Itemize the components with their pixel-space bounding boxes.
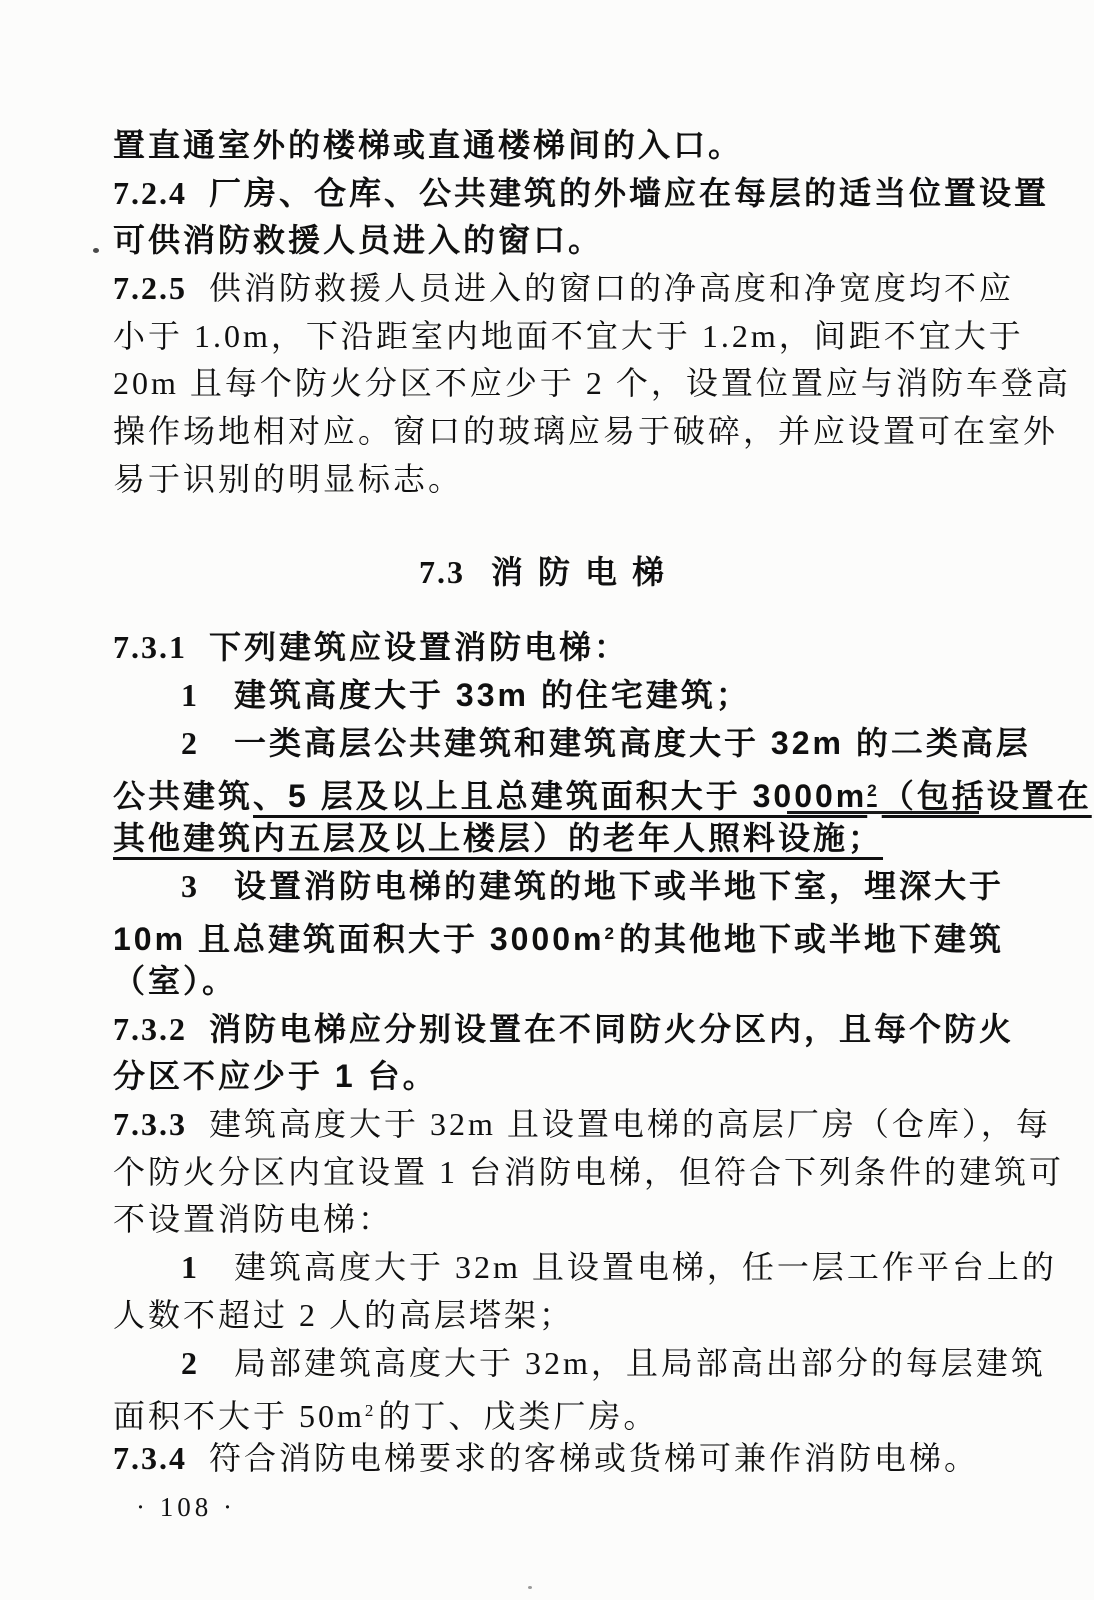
clause-7.3.1-item-3-line-1: 3设置消防电梯的建筑的地下或半地下室，埋深大于 [113,863,985,911]
text-segment: 面积不大于 50m [113,1398,365,1434]
clause-7.3.3-line-3: 不设置消防电梯： [113,1196,985,1244]
text-segment: 设置消防电梯的建筑的地下或半地下室，埋深大于 [234,868,1004,904]
amendment-underlined-text: 、5 层及以上且总建筑面积大于 3000m [253,778,867,814]
clause-number: 7.3.1 [113,629,187,665]
clause-number: 7.3.3 [113,1106,187,1142]
clause-7.3.3-line-1: 7.3.3建筑高度大于 32m 且设置电梯的高层厂房（仓库），每 [113,1101,985,1149]
text-segment: 建筑高度大于 32m 且设置电梯，任一层工作平台上的 [234,1249,1057,1285]
superscript: 2 [604,924,613,943]
clause-7.3.3-item-2-line-1: 2局部建筑高度大于 32m，且局部高出部分的每层建筑 [113,1340,985,1388]
text-segment: 的其他地下或半地下建筑 [619,921,1004,957]
text-segment: 局部建筑高度大于 32m，且局部高出部分的每层建筑 [234,1345,1046,1381]
amendment-underlined-text: （包括设置在 [882,778,1092,814]
text-segment: 个防火分区内宜设置 1 台消防电梯，但符合下列条件的建筑可 [113,1154,1064,1190]
clause-number: 7.2.5 [113,270,187,306]
clause-7.2.5-line-4: 操作场地相对应。窗口的玻璃应易于破碎，并应设置可在室外 [113,408,985,456]
clause-7.3.1-item-1: 1建筑高度大于 33m 的住宅建筑； [113,672,985,720]
clause-number: 7.3.2 [113,1011,187,1047]
text-segment: 不设置消防电梯： [113,1201,393,1237]
text-segment: 消防电梯应分别设置在不同防火分区内，且每个防火 [209,1011,1014,1047]
document-page: 置直通室外的楼梯或直通楼梯间的入口。7.2.4厂房、仓库、公共建筑的外墙应在每层… [0,0,1094,1600]
text-segment: 厂房、仓库、公共建筑的外墙应在每层的适当位置设置 [209,175,1049,211]
clause-7.3.1-item-2-line-2: 公共建筑、5 层及以上且总建筑面积大于 3000m2（包括设置在 [113,767,985,815]
clause-7.2.3-continuation: 置直通室外的楼梯或直通楼梯间的入口。 [113,122,985,170]
text-segment: 10m 且总建筑面积大于 3000m [113,921,604,957]
text-segment: （室）。 [113,963,237,999]
section-number: 7.3 [419,554,465,590]
amendment-underlined-text: 其他建筑内五层及以上楼层）的老年人照料设施； [113,820,883,856]
item-number: 3 [181,868,200,904]
clause-number: 7.3.4 [113,1440,187,1476]
text-segment: 的丁、戊类厂房。 [378,1398,658,1434]
section-heading-7.3: 7.3消防电梯 [113,549,985,597]
clause-7.3.1-item-2-line-3: 其他建筑内五层及以上楼层）的老年人照料设施； [113,815,985,863]
text-segment: 可供消防救援人员进入的窗口。 [113,222,603,258]
superscript: 2 [867,781,876,800]
text-segment: 20m 且每个防火分区不应少于 2 个，设置位置应与消防车登高 [113,365,1071,401]
text-segment: 供消防救援人员进入的窗口的净高度和净宽度均不应 [209,270,1014,306]
text-segment: 操作场地相对应。窗口的玻璃应易于破碎，并应设置可在室外 [113,413,1058,449]
clause-7.3.1-item-3-line-3: （室）。 [113,958,985,1006]
text-segment: 易于识别的明显标志。 [113,461,463,497]
section-title: 消防电梯 [491,554,679,590]
text-segment: 人数不超过 2 人的高层塔架； [113,1297,574,1333]
item-number: 2 [181,1345,200,1381]
text-segment: 公共建筑 [113,778,253,814]
scan-artifact-dot [93,248,99,253]
scan-artifact-dot [528,1586,532,1589]
text-segment: 建筑高度大于 33m 的住宅建筑； [234,677,751,713]
item-number: 2 [181,725,200,761]
text-segment: 符合消防电梯要求的客梯或货梯可兼作消防电梯。 [209,1440,979,1476]
text-segment: 分区不应少于 1 台。 [113,1058,438,1094]
clause-7.3.3-item-1-line-1: 1建筑高度大于 32m 且设置电梯，任一层工作平台上的 [113,1244,985,1292]
clause-7.3.1-line-1: 7.3.1下列建筑应设置消防电梯： [113,624,985,672]
text-segment: 下列建筑应设置消防电梯： [209,629,629,665]
clause-7.2.5-line-3: 20m 且每个防火分区不应少于 2 个，设置位置应与消防车登高 [113,360,985,408]
clause-7.3.3-line-2: 个防火分区内宜设置 1 台消防电梯，但符合下列条件的建筑可 [113,1149,985,1197]
text-segment: 小于 1.0m，下沿距室内地面不宜大于 1.2m，间距不宜大于 [113,318,1024,354]
text-segment: 一类高层公共建筑和建筑高度大于 32m 的二类高层 [234,725,1031,761]
item-number: 1 [181,677,200,713]
clause-7.3.1-item-2-line-1: 2一类高层公共建筑和建筑高度大于 32m 的二类高层 [113,720,985,768]
text-block: 置直通室外的楼梯或直通楼梯间的入口。7.2.4厂房、仓库、公共建筑的外墙应在每层… [113,122,985,1483]
scan-artifact-underline-echo [787,811,979,814]
page-number: · 108 · [136,1492,236,1523]
clause-7.2.5-line-2: 小于 1.0m，下沿距室内地面不宜大于 1.2m，间距不宜大于 [113,313,985,361]
clause-number: 7.2.4 [113,175,187,211]
superscript: 2 [365,1401,374,1420]
clause-7.2.4-line-2: 可供消防救援人员进入的窗口。 [113,217,985,265]
clause-7.3.1-item-3-line-2: 10m 且总建筑面积大于 3000m2的其他地下或半地下建筑 [113,910,985,958]
clause-7.3.4-line-1: 7.3.4符合消防电梯要求的客梯或货梯可兼作消防电梯。 [113,1435,985,1483]
clause-7.3.3-item-2-line-2: 面积不大于 50m2的丁、戊类厂房。 [113,1387,985,1435]
clause-7.3.2-line-1: 7.3.2消防电梯应分别设置在不同防火分区内，且每个防火 [113,1006,985,1054]
item-number: 1 [181,1249,200,1285]
clause-7.2.5-line-5: 易于识别的明显标志。 [113,456,985,504]
clause-7.2.4-line-1: 7.2.4厂房、仓库、公共建筑的外墙应在每层的适当位置设置 [113,170,985,218]
text-segment: 建筑高度大于 32m 且设置电梯的高层厂房（仓库），每 [209,1106,1051,1142]
clause-7.3.2-line-2: 分区不应少于 1 台。 [113,1053,985,1101]
clause-7.2.5-line-1: 7.2.5供消防救援人员进入的窗口的净高度和净宽度均不应 [113,265,985,313]
clause-7.3.3-item-1-line-2: 人数不超过 2 人的高层塔架； [113,1292,985,1340]
text-segment: 置直通室外的楼梯或直通楼梯间的入口。 [113,127,743,163]
